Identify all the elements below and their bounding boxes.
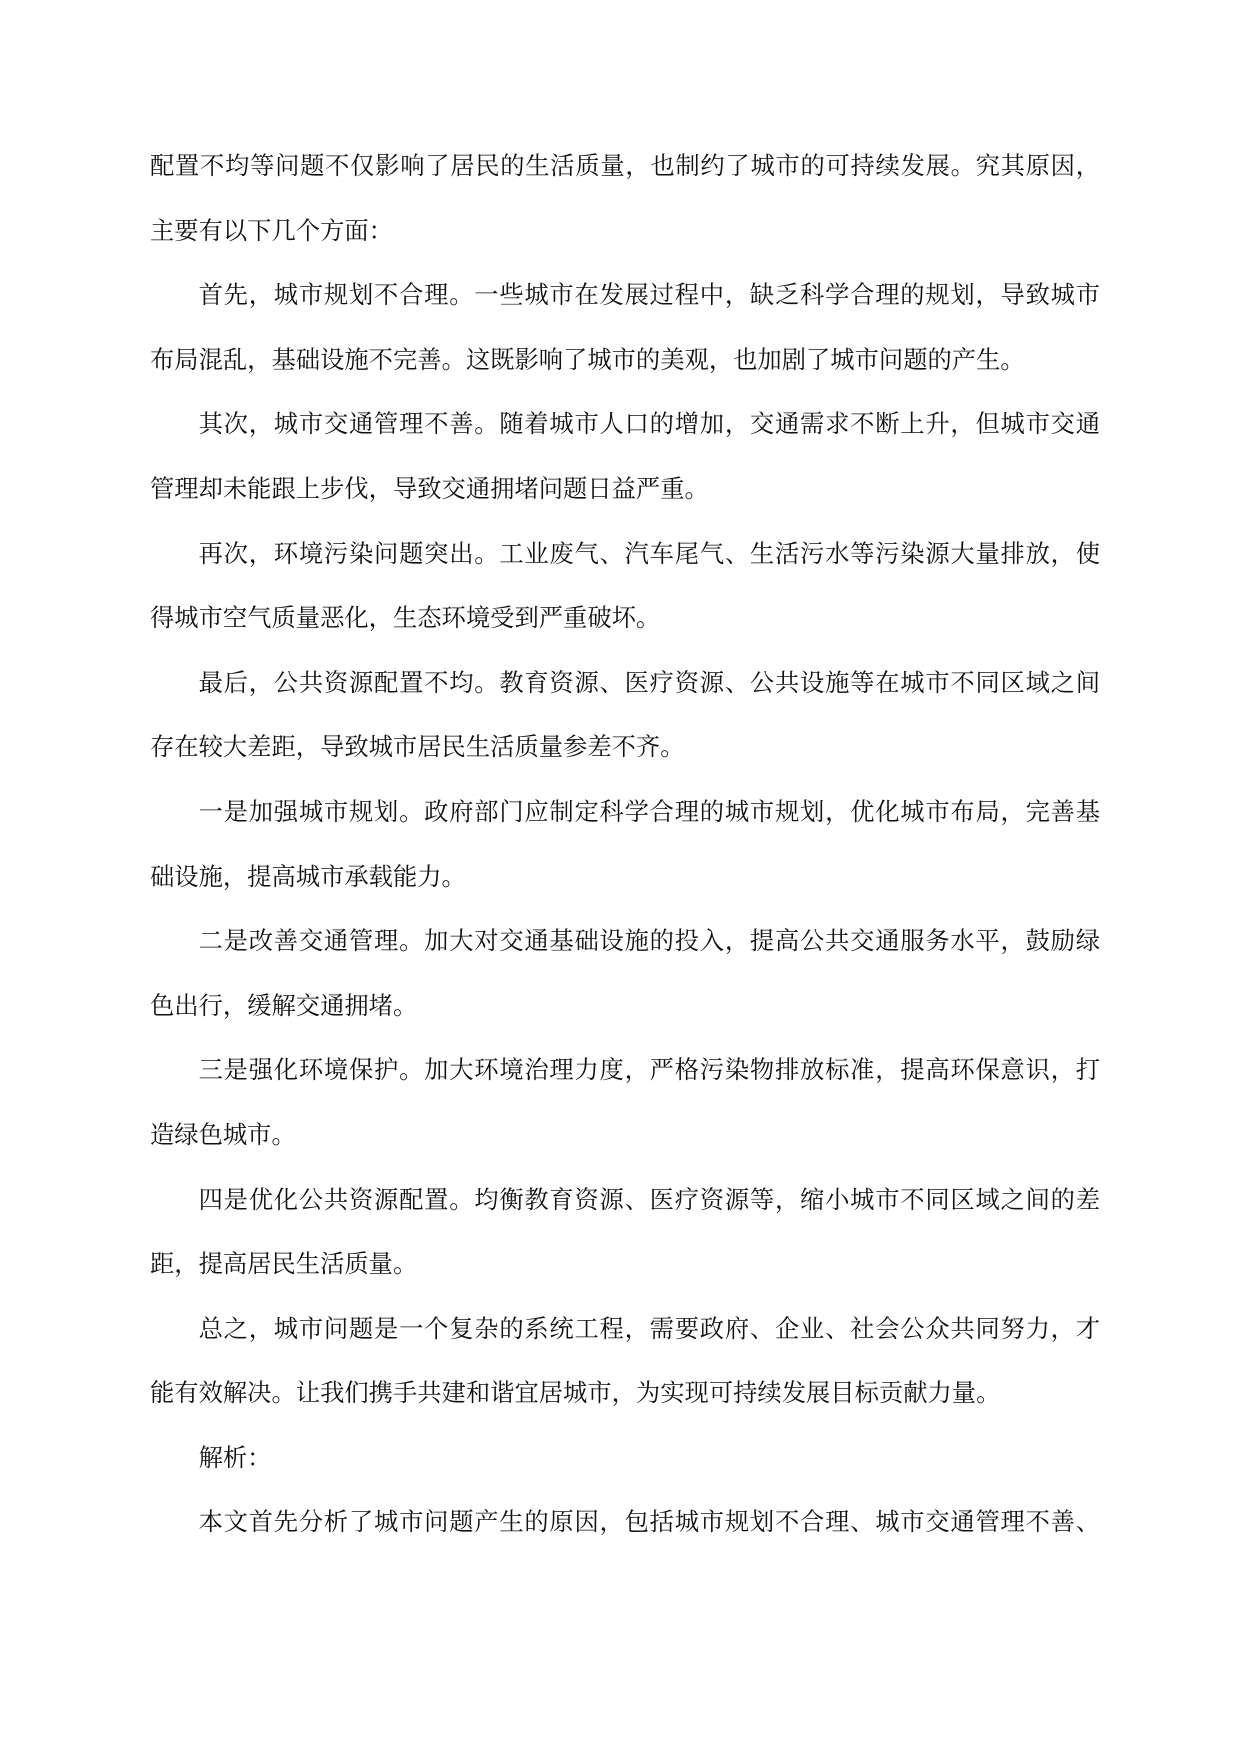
text-line: 最后，公共资源配置不均。教育资源、医疗资源、公共设施等在城市不同区域之间 [150,652,1100,717]
text-line: 存在较大差距，导致城市居民生活质量参差不齐。 [150,716,1100,781]
text-line: 四是优化公共资源配置。均衡教育资源、医疗资源等，缩小城市不同区域之间的差 [150,1169,1100,1234]
text-line: 其次，城市交通管理不善。随着城市人口的增加，交通需求不断上升，但城市交通 [150,393,1100,458]
text-line: 距，提高居民生活质量。 [150,1233,1100,1298]
text-line: 主要有以下几个方面： [150,200,1100,265]
text-line: 得城市空气质量恶化，生态环境受到严重破坏。 [150,587,1100,652]
document-body: 配置不均等问题不仅影响了居民的生活质量，也制约了城市的可持续发展。究其原因，主要… [150,135,1100,1556]
text-line: 管理却未能跟上步伐，导致交通拥堵问题日益严重。 [150,458,1100,523]
text-line: 三是强化环境保护。加大环境治理力度，严格污染物排放标准，提高环保意识，打 [150,1039,1100,1104]
text-line: 础设施，提高城市承载能力。 [150,846,1100,911]
text-line: 布局混乱，基础设施不完善。这既影响了城市的美观，也加剧了城市问题的产生。 [150,329,1100,394]
text-line: 色出行，缓解交通拥堵。 [150,975,1100,1040]
text-line: 一是加强城市规划。政府部门应制定科学合理的城市规划，优化城市布局，完善基 [150,781,1100,846]
text-line: 二是改善交通管理。加大对交通基础设施的投入，提高公共交通服务水平，鼓励绿 [150,910,1100,975]
text-line: 造绿色城市。 [150,1104,1100,1169]
text-line: 能有效解决。让我们携手共建和谐宜居城市，为实现可持续发展目标贡献力量。 [150,1362,1100,1427]
text-line: 首先，城市规划不合理。一些城市在发展过程中，缺乏科学合理的规划，导致城市 [150,264,1100,329]
text-line: 解析： [150,1427,1100,1492]
document-page: 配置不均等问题不仅影响了居民的生活质量，也制约了城市的可持续发展。究其原因，主要… [0,0,1241,1754]
text-line: 总之，城市问题是一个复杂的系统工程，需要政府、企业、社会公众共同努力，才 [150,1298,1100,1363]
text-line: 再次，环境污染问题突出。工业废气、汽车尾气、生活污水等污染源大量排放，使 [150,523,1100,588]
text-line: 配置不均等问题不仅影响了居民的生活质量，也制约了城市的可持续发展。究其原因， [150,135,1100,200]
text-line: 本文首先分析了城市问题产生的原因，包括城市规划不合理、城市交通管理不善、 [150,1491,1100,1556]
